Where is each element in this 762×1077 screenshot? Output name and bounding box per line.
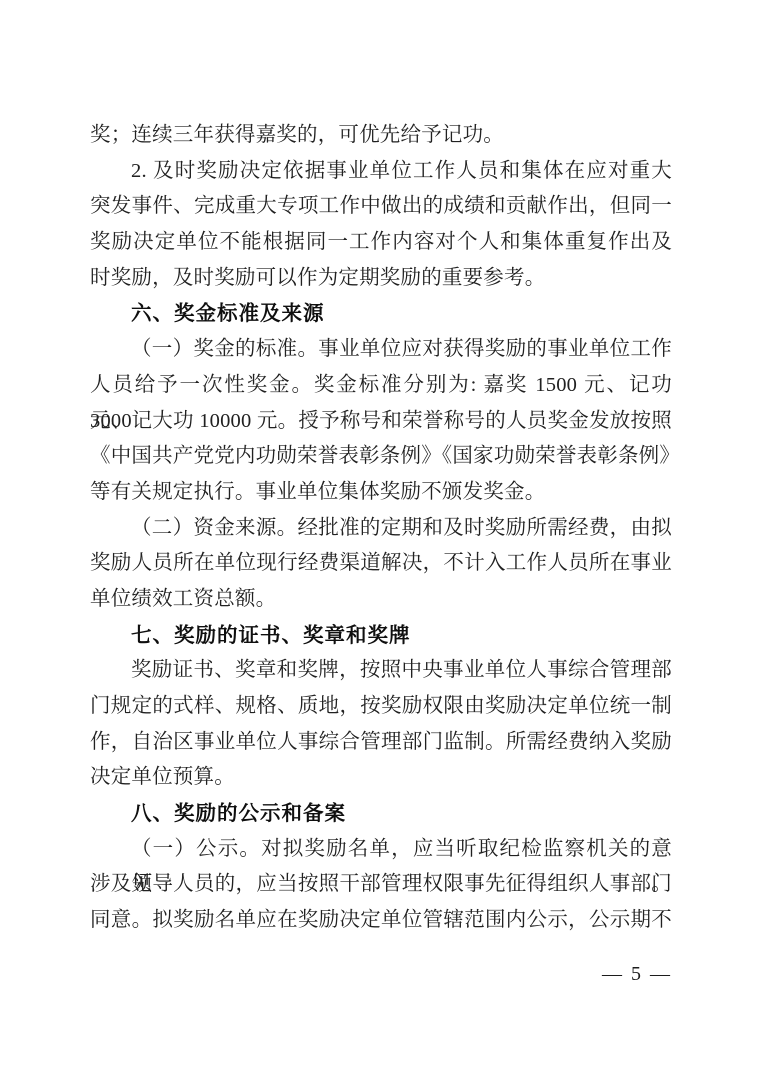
document-page: 奖；连续三年获得嘉奖的，可优先给予记功。 2. 及时奖励决定依据事业单位工作人员… bbox=[0, 0, 762, 1077]
page-number: — 5 — bbox=[602, 961, 672, 987]
text-line: 奖励人员所在单位现行经费渠道解决，不计入工作人员所在事业 bbox=[90, 546, 672, 582]
text-line: 奖励决定单位不能根据同一工作内容对个人和集体重复作出及 bbox=[90, 225, 672, 261]
text-line: 奖；连续三年获得嘉奖的，可优先给予记功。 bbox=[90, 118, 672, 154]
text-line: 同意。拟奖励名单应在奖励决定单位管辖范围内公示，公示期不 bbox=[90, 903, 672, 939]
text-line: 作，自治区事业单位人事综合管理部门监制。所需经费纳入奖励 bbox=[90, 725, 672, 761]
text-line: 2. 及时奖励决定依据事业单位工作人员和集体在应对重大 bbox=[90, 154, 672, 190]
text-line: 涉及领导人员的，应当按照干部管理权限事先征得组织人事部门 bbox=[90, 867, 672, 903]
document-text-block: 奖；连续三年获得嘉奖的，可优先给予记功。 2. 及时奖励决定依据事业单位工作人员… bbox=[90, 118, 672, 939]
text-line: 奖励证书、奖章和奖牌，按照中央事业单位人事综合管理部 bbox=[90, 653, 672, 689]
text-line: 决定单位预算。 bbox=[90, 760, 672, 796]
text-line: 单位绩效工资总额。 bbox=[90, 582, 672, 618]
text-line: 突发事件、完成重大专项工作中做出的成绩和贡献作出，但同一 bbox=[90, 189, 672, 225]
text-line: （二）资金来源。经批准的定期和及时奖励所需经费，由拟 bbox=[90, 511, 672, 547]
text-line: 元、记大功 10000 元。授予称号和荣誉称号的人员奖金发放按照 bbox=[90, 404, 672, 440]
text-line: 时奖励，及时奖励可以作为定期奖励的重要参考。 bbox=[90, 261, 672, 297]
text-line: （一）奖金的标准。事业单位应对获得奖励的事业单位工作 bbox=[90, 332, 672, 368]
text-line: 门规定的式样、规格、质地，按奖励权限由奖励决定单位统一制 bbox=[90, 689, 672, 725]
text-line: （一）公示。对拟奖励名单，应当听取纪检监察机关的意见。 bbox=[90, 832, 672, 868]
section-heading-6: 六、奖金标准及来源 bbox=[90, 296, 672, 332]
section-heading-7: 七、奖励的证书、奖章和奖牌 bbox=[90, 618, 672, 654]
text-line: 人员给予一次性奖金。奖金标准分别为: 嘉奖 1500 元、记功 3000 bbox=[90, 368, 672, 404]
text-line: 等有关规定执行。事业单位集体奖励不颁发奖金。 bbox=[90, 475, 672, 511]
section-heading-8: 八、奖励的公示和备案 bbox=[90, 796, 672, 832]
text-line: 《中国共产党党内功勋荣誉表彰条例》《国家功勋荣誉表彰条例》 bbox=[90, 439, 672, 475]
